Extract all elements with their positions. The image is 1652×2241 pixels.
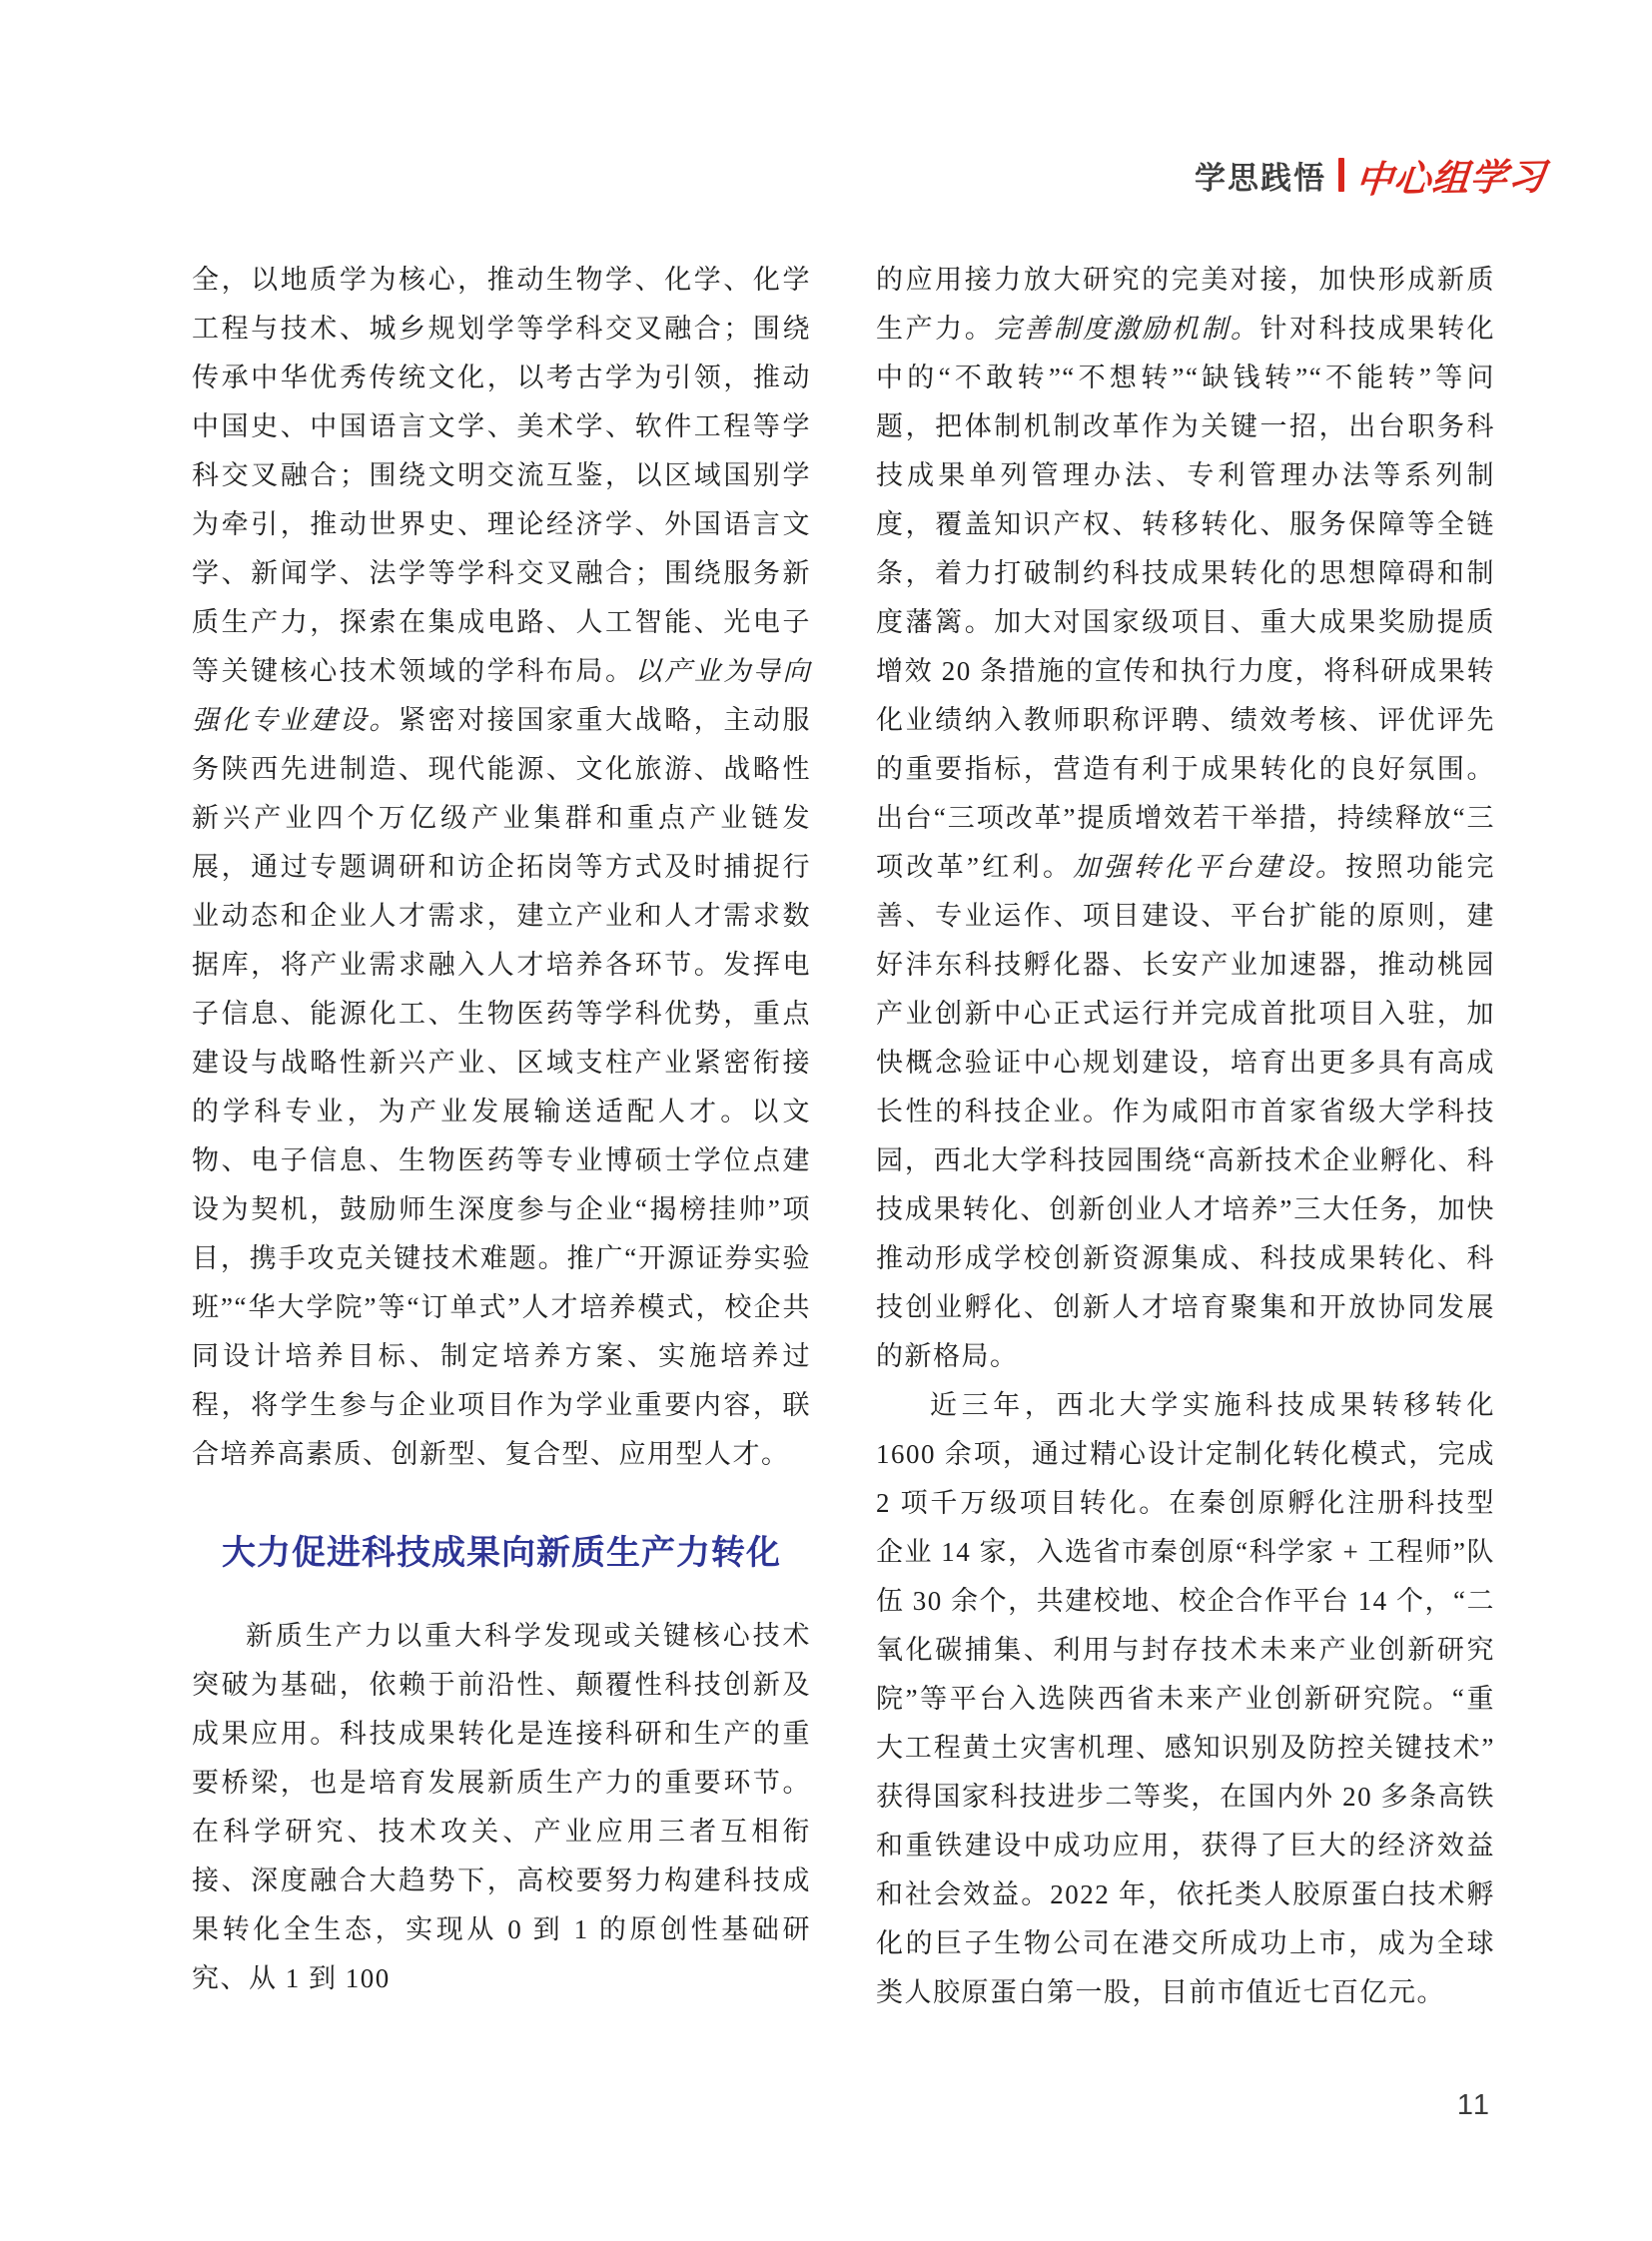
right-column: 的应用接力放大研究的完美对接，加快形成新质生产力。完善制度激励机制。针对科技成果… xyxy=(876,256,1495,2017)
body-text: 紧密对接国家重大战略，主动服务陕西先进制造、现代能源、文化旅游、战略性新兴产业四… xyxy=(192,705,811,1469)
article-body: 全，以地质学为核心，推动生物学、化学、化学工程与技术、城乡规划学等学科交叉融合；… xyxy=(192,256,1495,2017)
page-number: 11 xyxy=(1457,2089,1491,2121)
page-header: 学思践悟 中心组学习 xyxy=(1195,148,1546,202)
paragraph: 近三年，西北大学实施科技成果转移转化 1600 余项，通过精心设计定制化转化模式… xyxy=(876,1381,1495,2017)
section-title: 学思践悟 xyxy=(1195,153,1326,198)
body-text: 按照功能完善、专业运作、项目建设、平台扩能的原则，建好沣东科技孵化器、长安产业加… xyxy=(876,852,1495,1371)
page-footer: 11 xyxy=(1457,2089,1491,2122)
paragraph-continuation: 全，以地质学为核心，推动生物学、化学、化学工程与技术、城乡规划学等学科交叉融合；… xyxy=(192,256,811,1479)
paragraph: 新质生产力以重大科学发现或关键核心技术突破为基础，依赖于前沿性、颠覆性科技创新及… xyxy=(192,1612,811,2003)
body-text: 全，以地质学为核心，推动生物学、化学、化学工程与技术、城乡规划学等学科交叉融合；… xyxy=(192,265,811,686)
column-brand-calligraphy: 中心组学习 xyxy=(1353,146,1548,203)
emphasis-lead-phrase: 完善制度激励机制。 xyxy=(994,314,1259,344)
emphasis-lead-phrase: 加强转化平台建设。 xyxy=(1073,852,1345,882)
body-text: 针对科技成果转化中的“不敢转”“不想转”“缺钱转”“不能转”等问题，把体制机制改… xyxy=(876,314,1495,882)
section-heading: 大力促进科技成果向新质生产力转化 xyxy=(192,1525,811,1574)
magazine-page: 学思践悟 中心组学习 全，以地质学为核心，推动生物学、化学、化学工程与技术、城乡… xyxy=(0,0,1652,2241)
paragraph-continuation: 的应用接力放大研究的完美对接，加快形成新质生产力。完善制度激励机制。针对科技成果… xyxy=(876,256,1495,1381)
left-column: 全，以地质学为核心，推动生物学、化学、化学工程与技术、城乡规划学等学科交叉融合；… xyxy=(192,256,811,2017)
header-divider-bar xyxy=(1338,158,1344,192)
